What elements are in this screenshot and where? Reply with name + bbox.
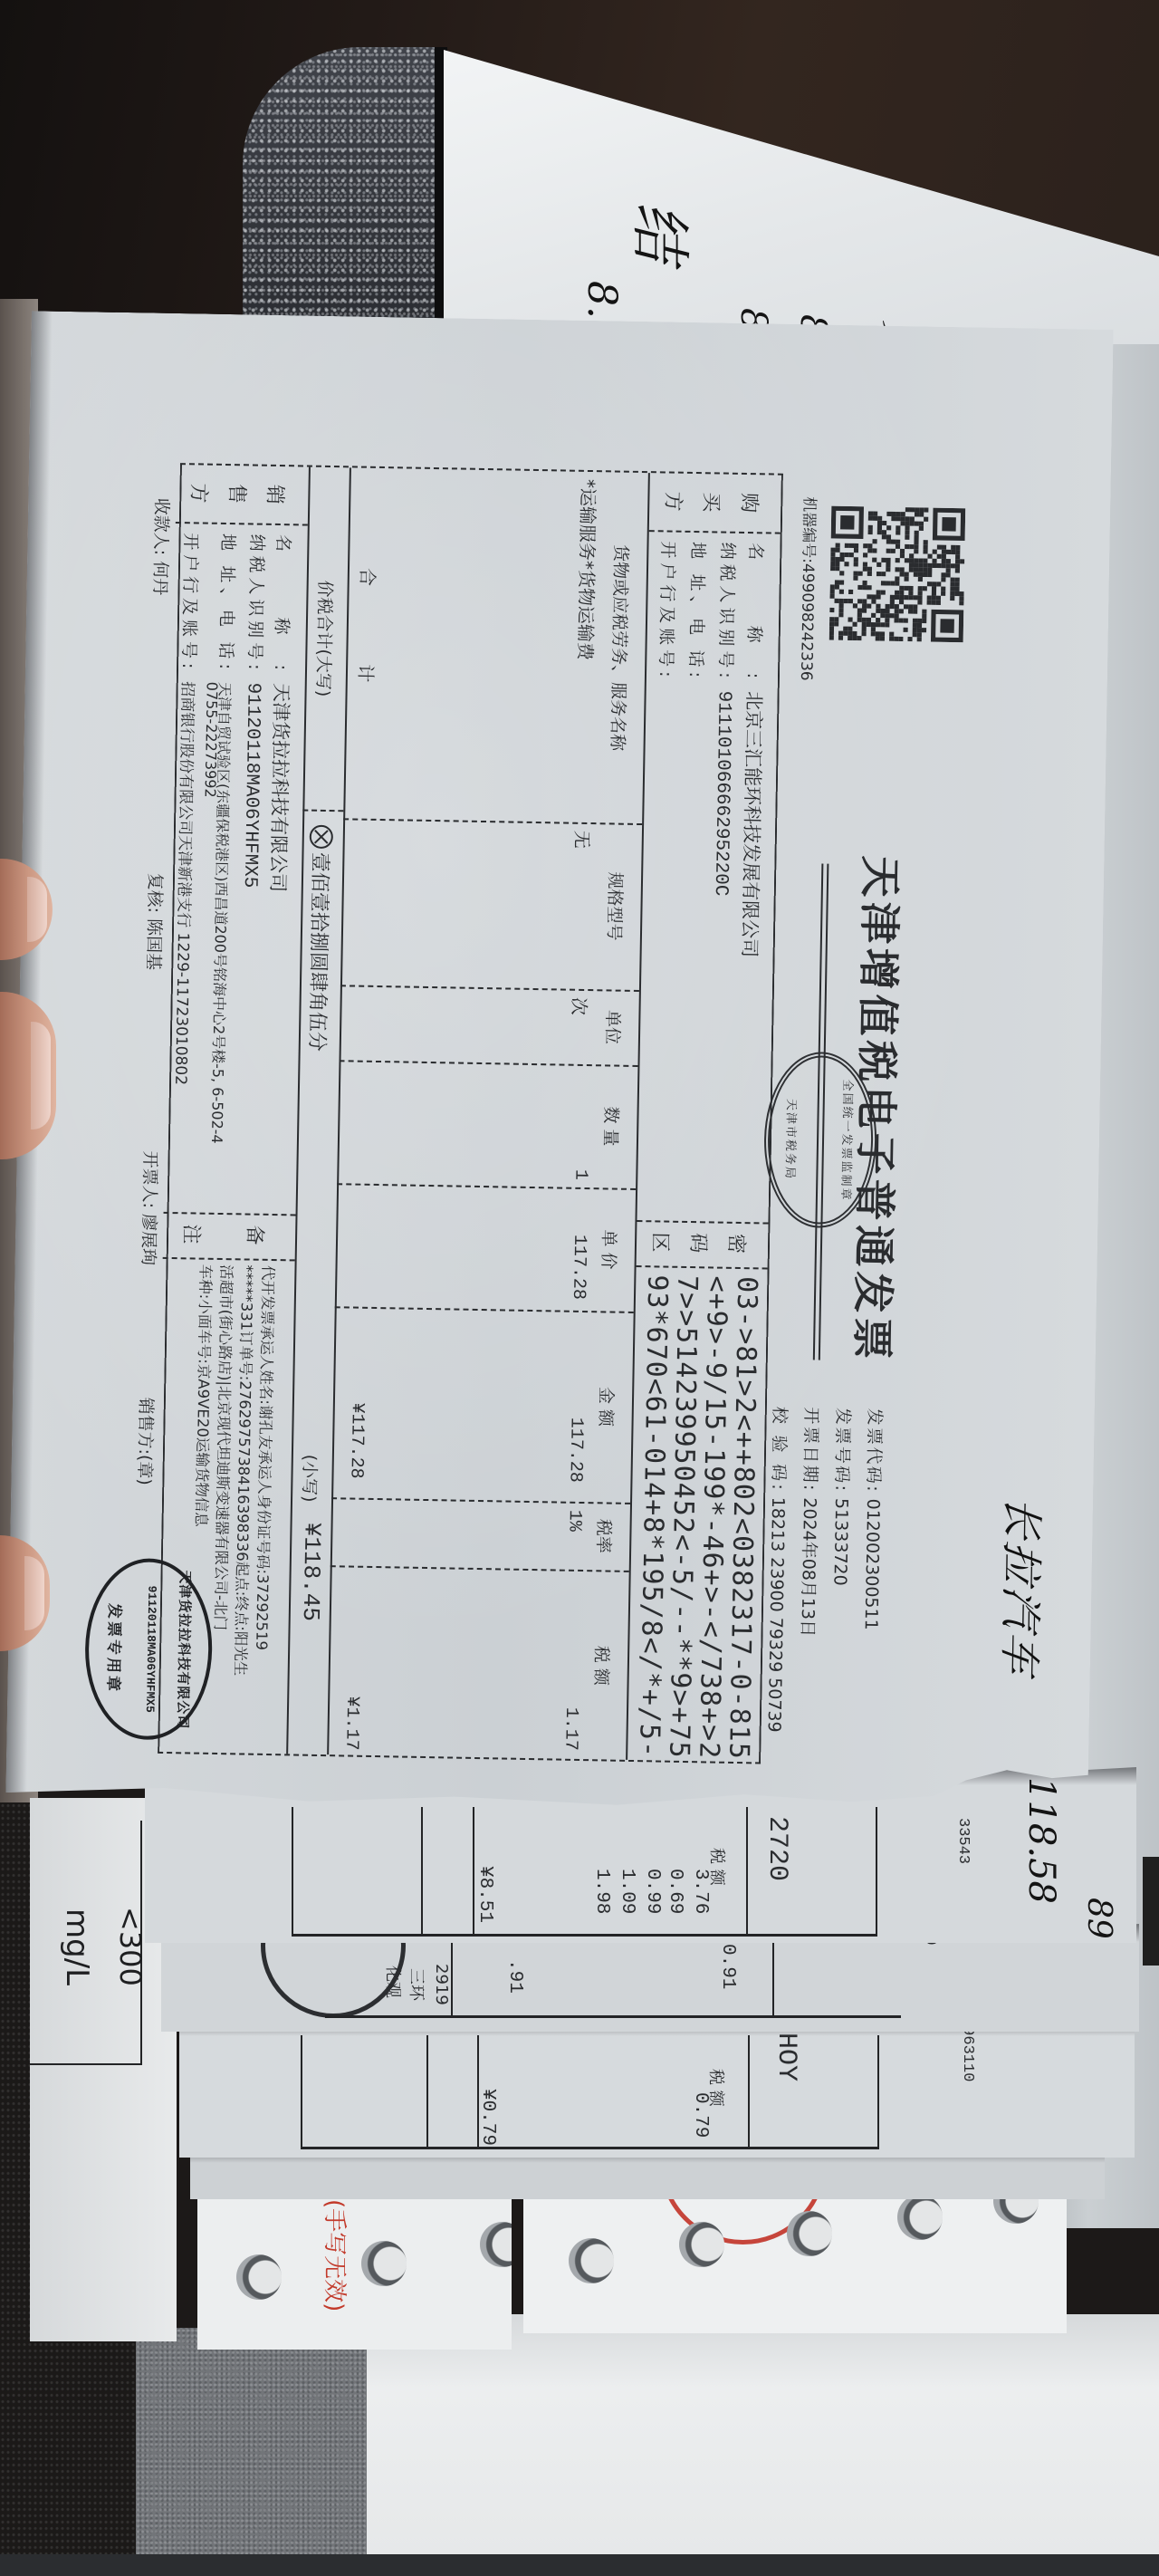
cipher-area: 03->81>2<++802<0382317-0-815 <+9>-9/15-1… xyxy=(634,1274,761,1760)
grand-total-label: 价税合计(大写) xyxy=(310,467,340,810)
cross-circle-icon xyxy=(310,825,333,849)
field-label: 纳税人识别号: xyxy=(714,542,742,678)
field-label: 名 称: xyxy=(270,534,297,670)
invoice-table: 购 买 方 名 称:北京三汇能环科技发展有限公司 纳税人识别号:91110106… xyxy=(158,463,783,1764)
invoice-title: 天津增值税电子普通发票 xyxy=(848,855,905,1363)
item-spec: 无 xyxy=(570,831,597,850)
strip-remark-fragment: 化观 xyxy=(384,1966,400,1998)
issuer-name: 廖展珣 xyxy=(139,1214,159,1265)
table-line xyxy=(292,1807,293,1936)
strip-tax-value: 0.79 xyxy=(691,2092,710,2138)
meta-label: 开票日期: xyxy=(793,1407,827,1491)
buyer-label-char: 购 xyxy=(736,493,764,514)
handwritten-total: 118.58 xyxy=(1023,1777,1059,1904)
item-amount: 117.28 xyxy=(564,1311,588,1483)
header-tax-amount: 税 额 xyxy=(589,1570,617,1761)
buyer-name: 名 称:北京三汇能环科技发展有限公司 xyxy=(737,543,771,957)
reviewer-name: 陈国基 xyxy=(143,918,164,970)
table-line xyxy=(748,2035,750,2148)
strip-code-tail: 33543 xyxy=(955,1818,971,1864)
header-unit-price: 单 价 xyxy=(597,1187,623,1311)
header-spec: 规格型号 xyxy=(602,822,629,989)
payee-label: 收款人: xyxy=(150,498,171,556)
issuer: 开票人: 廖展珣 xyxy=(138,1150,164,1265)
field-label: 纳税人识别号: xyxy=(244,533,271,669)
machine-number-label: 机器编号: xyxy=(799,496,818,563)
strip-tax-total: ¥0.79 xyxy=(478,2089,497,2146)
column-divider xyxy=(637,1265,768,1270)
field-value: 北京三汇能环科技发展有限公司 xyxy=(739,691,765,957)
grand-total-words: 壹佰壹拾捌圆肆角伍分 xyxy=(304,825,336,1053)
table-line xyxy=(325,2015,901,2018)
receipt-notice: (手写无效) xyxy=(322,2199,346,2312)
note-handwriting: 结 xyxy=(629,202,689,262)
reviewer-label: 复核: xyxy=(144,872,165,913)
punch-hole xyxy=(361,2241,407,2286)
meta-value: 18213 23900 79329 50739 xyxy=(764,1497,789,1733)
seller-phone: 0755-22273992 xyxy=(202,682,221,798)
payee-name: 何丹 xyxy=(149,561,170,595)
meta-value: 012002300511 xyxy=(861,1498,884,1629)
table-line xyxy=(876,1807,877,1936)
meta-label: 发票代码: xyxy=(857,1408,890,1492)
issue-date: 开票日期:2024年08月13日 xyxy=(790,1407,827,1733)
header-amount: 金 额 xyxy=(593,1311,621,1502)
seller-name: 名 称:天津货拉拉科技有限公司 xyxy=(265,534,299,892)
cipher-label-char: 码 xyxy=(685,1233,714,1254)
strip-tax-value: 1.09 xyxy=(618,1869,637,1914)
stamp-company: 天津货拉拉科技有限公司 xyxy=(173,1562,195,1736)
machine-number: 机器编号:499098242336 xyxy=(797,496,823,681)
cipher-label-char: 密 xyxy=(723,1234,752,1254)
item-quantity: 1 xyxy=(570,1064,592,1180)
column-divider xyxy=(340,985,639,992)
handwritten-mark: 89 xyxy=(1082,1898,1115,1939)
meta-value: 2024年08月13日 xyxy=(797,1497,819,1637)
total-tax: ¥1.17 xyxy=(340,1565,365,1750)
invoice-number: 发票号码:51333720 xyxy=(821,1408,858,1734)
stamp-type: 发票专用章 xyxy=(102,1562,128,1735)
buyer-address-phone: 地 址、电 话: xyxy=(685,542,712,690)
torn-invoice-strip: HOY 2963110 税 额 0.79 ¥0.79 xyxy=(179,2013,1135,2158)
seller-section: 销 售 方 名 称:天津货拉拉科技有限公司 纳税人识别号:91120118MA0… xyxy=(154,465,311,1754)
seller-label-char: 方 xyxy=(186,483,214,504)
fingernail xyxy=(27,877,47,942)
meta-label: 校 验 码: xyxy=(761,1406,795,1490)
invoice-meta: 发票代码:012002300511 发票号码:51333720 开票日期:202… xyxy=(758,1406,890,1734)
column-divider xyxy=(331,1497,630,1504)
column-divider xyxy=(339,1060,637,1067)
column-divider xyxy=(637,1220,768,1225)
total-label: 合 计 xyxy=(351,468,384,819)
punch-hole xyxy=(679,2222,724,2267)
column-divider xyxy=(649,530,781,534)
column-divider xyxy=(176,522,308,526)
header-quantity: 数 量 xyxy=(599,1064,625,1187)
table-line xyxy=(451,1937,453,2016)
strip-tax-value: 0.99 xyxy=(643,1869,662,1914)
strip-remark-fragment: 三环 xyxy=(407,1968,424,2001)
meta-value: 51333720 xyxy=(829,1498,851,1586)
field-value: 91110106666295220C xyxy=(710,690,734,896)
column-divider xyxy=(330,1565,629,1572)
strip-tax-value: 0.69 xyxy=(666,1869,685,1914)
item-unit-price: 117.28 xyxy=(568,1187,590,1300)
header-item-name: 货物或应税劳务、服务名称 xyxy=(605,472,636,822)
goods-section: 货物或应税劳务、服务名称 规格型号 单位 数 量 单 价 金 额 税率 税 额 … xyxy=(327,467,650,1760)
white-sheet-bottom xyxy=(367,2314,1159,2559)
column-divider xyxy=(164,1212,296,1216)
strip-tax-value: 1.98 xyxy=(592,1869,611,1914)
reviewer: 复核: 陈国基 xyxy=(142,872,168,970)
qr-code xyxy=(829,506,966,643)
amount-in-words: 壹佰壹拾捌圆肆角伍分 xyxy=(305,852,331,1052)
strip-id-fragment: HOY xyxy=(772,2033,800,2081)
perforated-receipt: (手写无效) xyxy=(197,2190,512,2350)
table-line xyxy=(772,1937,774,2016)
seller-label-char: 售 xyxy=(224,484,252,505)
remarks-label-char: 备 xyxy=(242,1225,270,1245)
meta-label: 发票号码: xyxy=(825,1408,858,1492)
sparkly-object xyxy=(243,47,447,337)
cipher-label-char: 区 xyxy=(647,1232,675,1253)
total-amount: ¥117.28 xyxy=(345,1306,369,1478)
background-gap xyxy=(1143,1857,1159,1966)
buyer-label-char: 方 xyxy=(660,491,688,512)
handwritten-note: 长拉汽车 xyxy=(992,1494,1055,1682)
punch-hole xyxy=(480,2222,512,2267)
gray-textured-surface xyxy=(136,2328,373,2559)
punch-hole xyxy=(897,2195,943,2240)
field-label: 地 址、电 话: xyxy=(215,533,242,669)
column-divider xyxy=(337,1183,636,1190)
column-divider xyxy=(335,1306,634,1313)
punch-hole xyxy=(569,2238,614,2283)
punch-hole xyxy=(787,2211,832,2256)
lab-limit: <300 xyxy=(116,1907,145,1986)
table-line xyxy=(301,2147,879,2149)
header-tax-rate: 税率 xyxy=(592,1502,618,1570)
buyer-bank-account: 开户行及账号: xyxy=(655,541,682,689)
table-line xyxy=(30,2063,142,2065)
payee: 收款人: 何丹 xyxy=(148,498,175,596)
punch-hole xyxy=(236,2254,282,2300)
seal-bottom-text: 天津市税务局 xyxy=(781,1057,801,1222)
column-divider xyxy=(302,810,343,812)
invoice-code: 发票代码:012002300511 xyxy=(853,1408,890,1734)
item-tax-amount: 1.17 xyxy=(560,1570,583,1751)
table-line xyxy=(292,1934,877,1937)
seller-bank-account: 开户行及账号:招商银行股份有限公司天津新港支行 1229-11723010802 xyxy=(170,533,205,1085)
lab-unit: mg/L xyxy=(62,1908,92,1985)
column-divider xyxy=(163,1257,295,1262)
item-name: *运输服务*货物运输费 xyxy=(573,479,602,660)
seller-seal-label: 销售方:(章) xyxy=(133,1397,159,1485)
field-value: 91120118MA06YHFMX5 xyxy=(239,682,263,888)
strip-number: 2720 xyxy=(763,1816,790,1881)
machine-number-value: 499098242336 xyxy=(797,563,817,681)
field-label: 名 称: xyxy=(742,543,770,678)
field-value: 招商银行股份有限公司天津新港支行 1229-11723010802 xyxy=(171,681,196,1085)
column-divider xyxy=(343,818,642,825)
fingernail xyxy=(31,1022,51,1129)
figures-label: (小写) xyxy=(298,1455,323,1503)
strip-value: .91 xyxy=(505,1959,524,1994)
table-line xyxy=(426,2035,428,2148)
field-value: 天津货拉拉科技有限公司 xyxy=(267,683,292,892)
seller-label-char: 销 xyxy=(262,485,290,505)
item-unit: 次 xyxy=(567,997,593,1016)
table-line xyxy=(746,1807,748,1936)
issuer-label: 开票人: xyxy=(139,1150,160,1208)
fingernail xyxy=(24,1556,44,1630)
field-label: 开户行及账号: xyxy=(655,541,682,677)
strip-tax-value: 3.76 xyxy=(691,1869,710,1914)
strip-value: 0.91 xyxy=(718,1944,737,1989)
vat-electronic-invoice: 长拉汽车 机器编号:499098242336 全国统一发票监制章 天津市税务局 … xyxy=(5,311,1113,1815)
amount-in-figures: ¥118.45 xyxy=(297,1523,326,1622)
bottom-dark-bar xyxy=(0,2554,1159,2576)
table-line xyxy=(301,2035,302,2148)
header-unit: 单位 xyxy=(600,989,626,1064)
strip-remark-fragment: 2919 xyxy=(433,1964,449,2005)
buyer-label-char: 买 xyxy=(698,492,726,513)
remarks-label-char: 注 xyxy=(178,1224,206,1245)
item-tax-rate: 1% xyxy=(563,1510,584,1532)
stamp-tax-id: 91120118MA06YHFMX5 xyxy=(142,1562,158,1736)
table-line xyxy=(421,1807,423,1936)
seller-address-phone: 地 址、电 话:天津自贸试验区(东疆保税港区)西昌道200号铭海中心2号楼-5,… xyxy=(206,533,242,1144)
buyer-tax-id: 纳税人识别号:91110106666295220C xyxy=(710,542,742,896)
field-label: 开户行及账号: xyxy=(177,533,205,668)
table-line xyxy=(877,2035,879,2148)
strip-tax-total: ¥8.51 xyxy=(475,1866,494,1923)
field-label: 地 址、电 话: xyxy=(685,542,712,678)
buyer-section: 购 买 方 名 称:北京三汇能环科技发展有限公司 纳税人识别号:91110106… xyxy=(627,473,781,1762)
